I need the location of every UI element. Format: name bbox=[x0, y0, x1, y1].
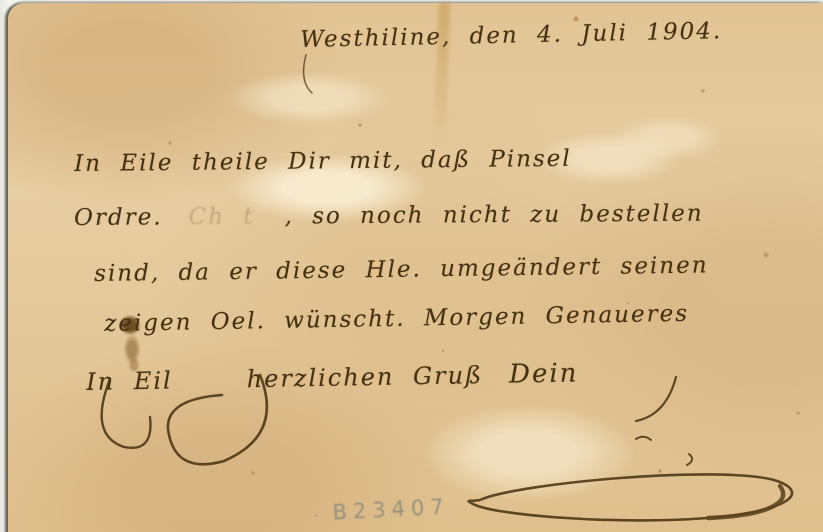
handwriting-line-3: sind, da er diese Hle. umgeändert seinen bbox=[94, 252, 709, 287]
closing-in-eile: In Eil bbox=[86, 366, 173, 396]
postcard-scan: { "document": { "kind": "Handwritten pos… bbox=[0, 0, 823, 532]
pencil-catalog-number: ·B23407 bbox=[313, 494, 450, 525]
closing-signature-word: Dein bbox=[509, 358, 579, 389]
dateline-text: Westhiline, den 4. Juli 1904. bbox=[300, 18, 722, 53]
postcard-paper: Westhiline, den 4. Juli 1904. In Eile th… bbox=[8, 3, 823, 532]
closing-greeting: herzlichen Gruß bbox=[246, 361, 483, 393]
closing-line: In Eilherzlichen GrußDein bbox=[86, 358, 579, 397]
handwriting-line-2-end: , so noch nicht zu bestellen bbox=[284, 201, 703, 230]
handwriting-line-2: Ordre.Ch t, so noch nicht zu bestellen bbox=[74, 201, 704, 231]
signature-flourish bbox=[469, 474, 792, 520]
handwriting-line-2-start: Ordre. bbox=[74, 204, 163, 231]
pencil-dot: · bbox=[314, 508, 325, 525]
erased-word: Ch t bbox=[188, 204, 254, 230]
signature-flourish-thick bbox=[708, 486, 783, 518]
handwriting-line-1: In Eile theile Dir mit, daß Pinsel bbox=[74, 146, 572, 177]
handwriting-line-4: zeigen Oel. wünscht. Morgen Genaueres bbox=[104, 301, 689, 337]
